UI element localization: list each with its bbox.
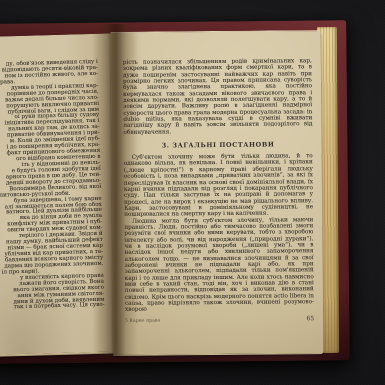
paragraph: Суб'єктом злочину може бути тільки людин… [124, 153, 314, 218]
page-number: 65 [306, 315, 314, 322]
page-footer: 5 Карне право 65 [125, 315, 314, 324]
left-page-text-column: ду, обов'язок виведення сліду івідповіда… [0, 60, 105, 313]
paragraph: Людина могла бути суб'єктом злочину, тіл… [124, 217, 314, 314]
section-heading: 3. ЗАГАЛЬНІ ПОСТАНОВИ [124, 141, 313, 150]
right-page-text-column: рість позначилася збільшенням родів крим… [123, 58, 314, 323]
right-page: рість позначилася збільшенням родів крим… [111, 30, 324, 355]
signature-mark: 5 Карне право [125, 318, 160, 323]
left-page-text-line: так і в потребах часу. Ця суво- [0, 303, 105, 313]
book-photo-scene: ду, обов'язок виведення сліду івідповіда… [0, 0, 385, 385]
paragraph-continuation: рість позначилася збільшенням родів крим… [123, 58, 313, 136]
